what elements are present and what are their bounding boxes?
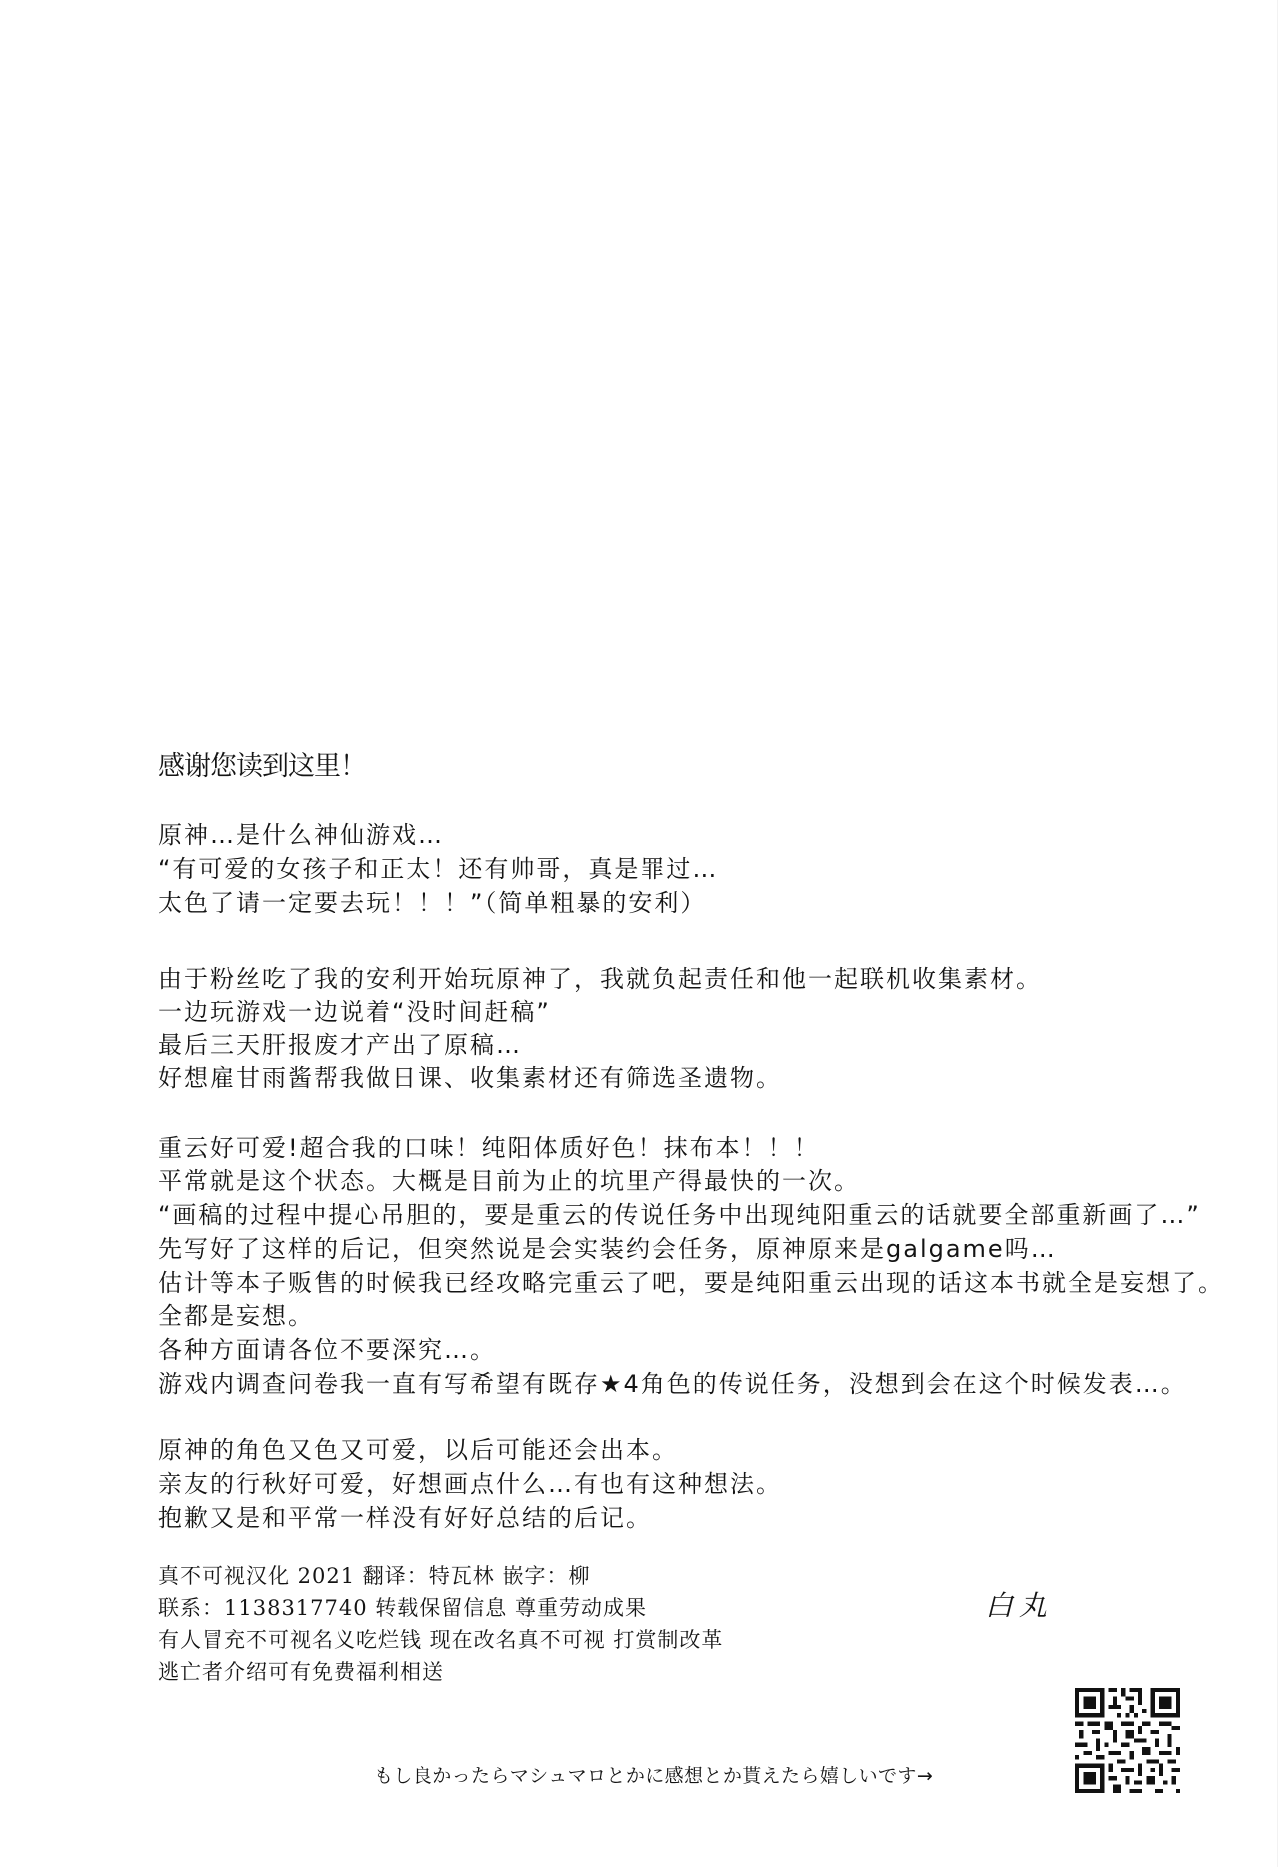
qr-code-icon[interactable]: [1075, 1688, 1180, 1793]
paragraph-2-line-2: 一边玩游戏一边说着“没时间赶稿”: [158, 1000, 551, 1024]
credits-line-1: 真不可视汉化 2021 翻译：特瓦林 嵌字：柳: [158, 1566, 590, 1587]
paragraph-4-line-1: 原神的角色又色又可爱，以后可能还会出本。: [158, 1438, 678, 1462]
credits-line-2: 联系：1138317740 转载保留信息 尊重劳动成果: [158, 1598, 647, 1619]
paragraph-3-line-7: 各种方面请各位不要深究…。: [158, 1338, 496, 1362]
paragraph-2-line-1: 由于粉丝吃了我的安利开始玩原神了，我就负起责任和他一起联机收集素材。: [158, 967, 1042, 991]
paragraph-3-line-3: “画稿的过程中提心吊胆的，要是重云的传说任务中出现纯阳重云的话就要全部重新画了……: [158, 1203, 1201, 1227]
paragraph-1-line-2: “有可爱的女孩子和正太！还有帅哥，真是罪过…: [158, 857, 718, 881]
credits-line-3: 有人冒充不可视名义吃烂钱 现在改名真不可视 打赏制改革: [158, 1630, 723, 1651]
paragraph-1-line-1: 原神…是什么神仙游戏…: [158, 823, 444, 847]
paragraph-4-line-2: 亲友的行秋好可爱，好想画点什么…有也有这种想法。: [158, 1472, 782, 1496]
paragraph-2-line-4: 好想雇甘雨酱帮我做日课、收集素材还有筛选圣遗物。: [158, 1066, 782, 1090]
paragraph-3-line-5: 估计等本子贩售的时候我已经攻略完重云了吧，要是纯阳重云出现的话这本书就全是妄想了…: [158, 1271, 1224, 1295]
page-edge-divider: [1277, 0, 1278, 1867]
paragraph-3-line-6: 全都是妄想。: [158, 1304, 314, 1328]
credits-line-4: 逃亡者介绍可有免费福利相送: [158, 1662, 444, 1683]
author-signature: 白丸: [985, 1592, 1053, 1620]
paragraph-3-line-8: 游戏内调查问卷我一直有写希望有既存★4角色的传说任务，没想到会在这个时候发表…。: [158, 1372, 1187, 1396]
paragraph-2-line-3: 最后三天肝报废才产出了原稿…: [158, 1033, 522, 1057]
paragraph-3-line-4: 先写好了这样的后记，但突然说是会实装约会任务，原神原来是galgame吗…: [158, 1237, 1057, 1261]
footer-message: もし良かったらマシュマロとかに感想とか貰えたら嬉しいです→: [374, 1767, 933, 1786]
paragraph-4-line-3: 抱歉又是和平常一样没有好好总结的后记。: [158, 1506, 652, 1530]
paragraph-3-line-1: 重云好可爱!超合我的口味！纯阳体质好色！抹布本！！！: [158, 1136, 820, 1160]
paragraph-1-line-3: 太色了请一定要去玩！！！”（简单粗暴的安利）: [158, 891, 706, 915]
paragraph-3-line-2: 平常就是这个状态。大概是目前为止的坑里产得最快的一次。: [158, 1169, 860, 1193]
document-page: 感谢您读到这里！ 原神…是什么神仙游戏… “有可爱的女孩子和正太！还有帅哥，真是…: [0, 0, 1280, 1867]
afterword-title: 感谢您读到这里！: [158, 753, 366, 780]
